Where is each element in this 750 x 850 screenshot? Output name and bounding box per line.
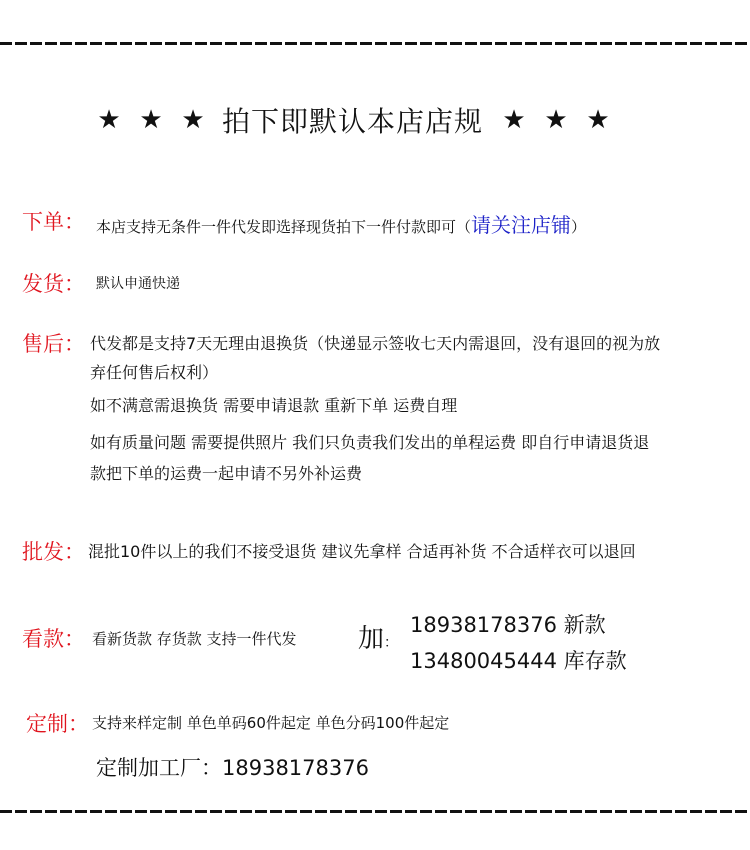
custom-label: 定制： — [26, 708, 89, 738]
page-title: ★ ★ ★ 拍下即默认本店店规 ★ ★ ★ — [88, 100, 628, 140]
star-icon: ★ — [577, 105, 619, 135]
star-icon: ★ — [172, 105, 214, 135]
contact-note: 新款 — [564, 613, 606, 637]
add-colon: ： — [384, 635, 398, 651]
order-policy: 本店支持无条件一件代发即选择现货拍下一件付款即可（ — [96, 218, 471, 236]
contact-note: 库存款 — [564, 649, 627, 673]
star-icon: ★ — [88, 105, 130, 135]
wholesale-text: 混批10件以上的我们不接受退货 建议先拿样 合适再补货 不合适样衣可以退回 — [88, 539, 636, 562]
order-close-paren: ） — [571, 218, 586, 236]
follow-store-link[interactable]: 请关注店铺 — [471, 213, 571, 237]
after-sales-line: 如不满意需退换货 需要申请退款 重新下单 运费自理 — [90, 393, 457, 416]
bottom-divider — [0, 810, 750, 813]
phone-number[interactable]: 18938178376 — [410, 613, 557, 637]
top-divider — [0, 42, 750, 45]
contact-stock-items: 13480045444 库存款 — [410, 645, 627, 675]
factory-contact: 定制加工厂：18938178376 — [96, 752, 369, 782]
after-sales-line: 款把下单的运费一起申请不另外补运费 — [90, 461, 362, 484]
order-label: 下单： — [22, 206, 85, 236]
after-sales-line: 代发都是支持7天无理由退换货（快递显示签收七天内需退回，没有退回的视为放 — [90, 331, 660, 354]
wholesale-label: 批发： — [22, 536, 85, 566]
add-text: 加 — [358, 624, 384, 654]
browse-text: 看新货款 存货款 支持一件代发 — [92, 628, 297, 649]
contact-new-items: 18938178376 新款 — [410, 609, 606, 639]
after-sales-label: 售后： — [22, 328, 85, 358]
order-text: 本店支持无条件一件代发即选择现货拍下一件付款即可（请关注店铺） — [96, 209, 586, 238]
shipping-text: 默认申通快递 — [96, 273, 180, 293]
star-icon: ★ — [130, 105, 172, 135]
after-sales-line: 如有质量问题 需要提供照片 我们只负责我们发出的单程运费 即自行申请退货退 — [90, 430, 649, 453]
custom-text: 支持来样定制 单色单码60件起定 单色分码100件起定 — [92, 712, 449, 733]
star-icon: ★ — [493, 105, 535, 135]
star-icon: ★ — [535, 105, 577, 135]
after-sales-line: 弃任何售后权利） — [90, 360, 218, 383]
title-text: 拍下即默认本店店规 — [222, 100, 483, 140]
phone-number[interactable]: 13480045444 — [410, 649, 557, 673]
shipping-label: 发货： — [22, 268, 85, 298]
browse-label: 看款： — [22, 623, 85, 653]
add-contact-label: 加： — [358, 618, 398, 655]
